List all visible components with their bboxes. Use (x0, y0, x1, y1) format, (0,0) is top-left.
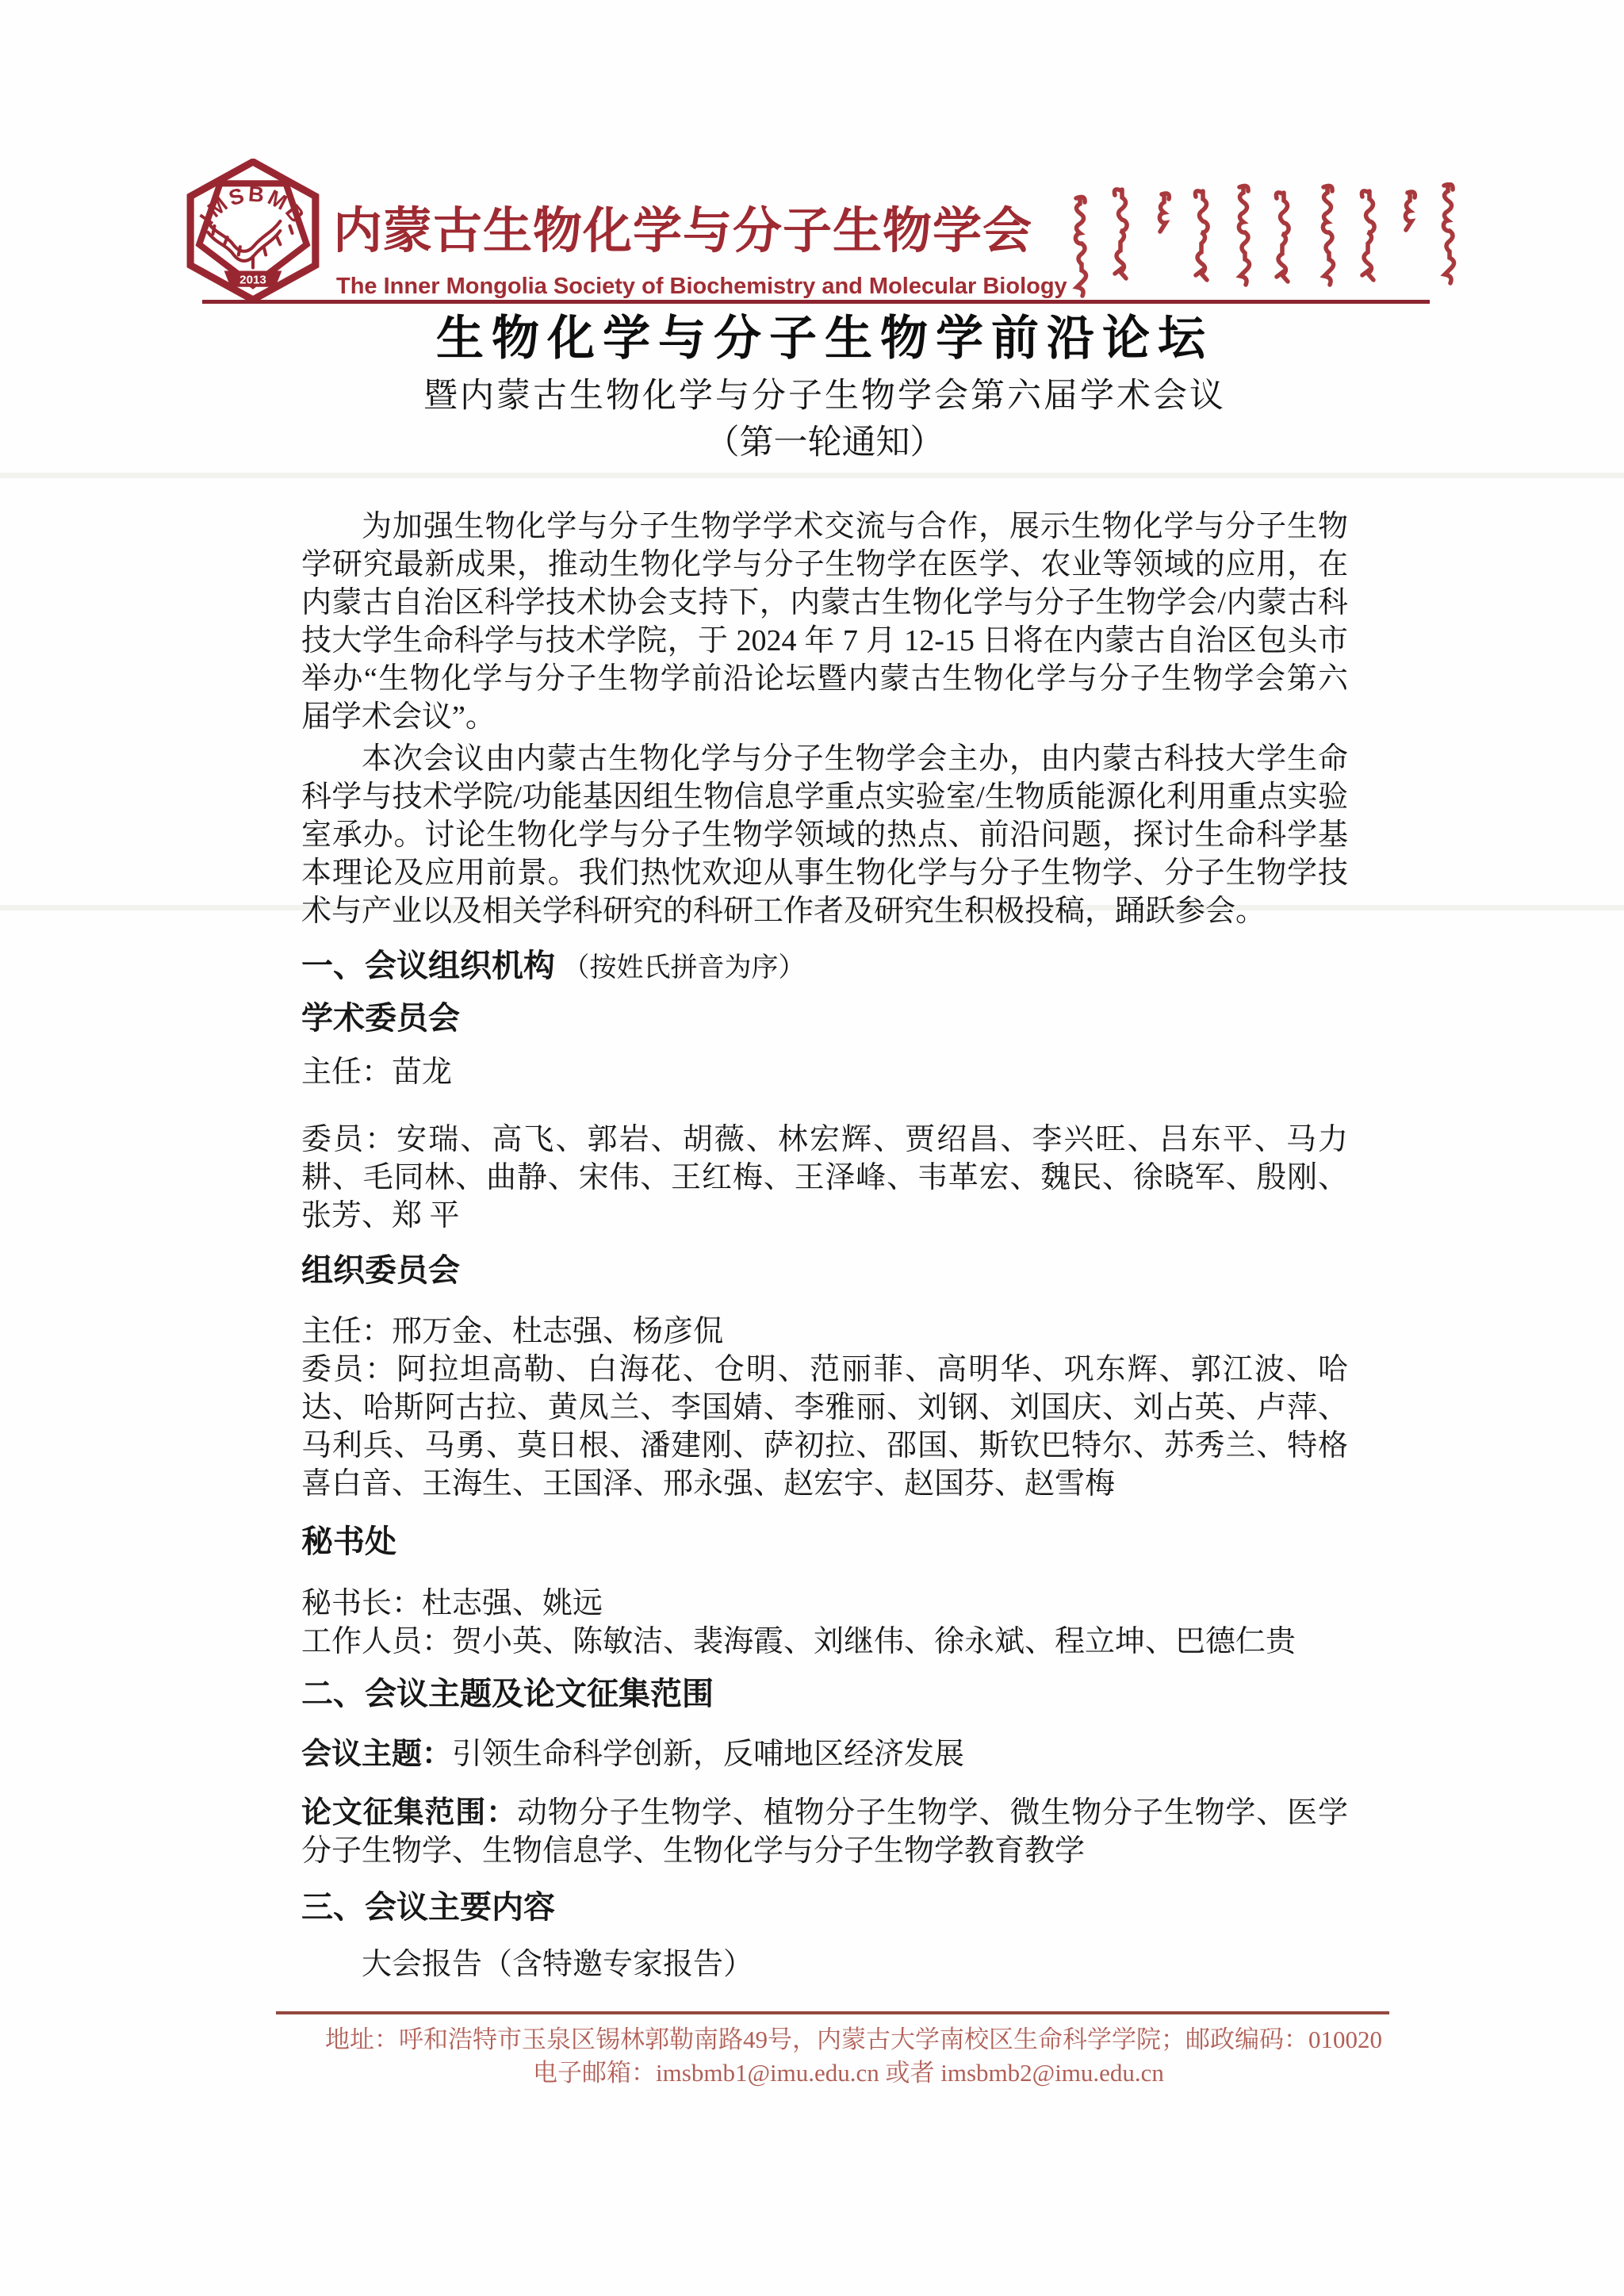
footer-rule (276, 2011, 1389, 2014)
header-rule (202, 300, 1430, 304)
organizing-committee-members-line: 马利兵、马勇、莫日根、潘建刚、萨初拉、邵国、斯钦巴特尔、苏秀兰、特格 (301, 1427, 1348, 1465)
intro-paragraph1-line: 为加强生物化学与分子生物学学术交流与合作，展示生物化学与分子生物 (301, 508, 1348, 546)
organizing-committee-members-line: 喜白音、王海生、王国泽、邢永强、赵宏宇、赵国芬、赵雪梅 (301, 1465, 1348, 1503)
section1-heading: 一、会议组织机构 （按姓氏拼音为序） (301, 947, 1348, 985)
intro-paragraph1-line: 内蒙古自治区科学技术协会支持下，内蒙古生物化学与分子生物学会/内蒙古科 (301, 584, 1348, 622)
footer-email: 电子邮箱：imsbmb1@imu.edu.cn 或者 imsbmb2@imu.e… (325, 2057, 1372, 2089)
organizing-committee-members-line: 达、哈斯阿古拉、黄凤兰、李国婧、李雅丽、刘钢、刘国庆、刘占英、卢萍、 (301, 1389, 1348, 1427)
notice-round-label: （第一轮通知） (301, 421, 1348, 466)
scope-label: 论文征集范围： (301, 1796, 517, 1830)
secretariat-title: 秘书处 (301, 1523, 1348, 1561)
section3-heading: 三、会议主要内容 (301, 1888, 1348, 1926)
organizing-committee-members-line: 委员：阿拉坦高勒、白海花、仓明、范丽菲、高明华、巩东辉、郭江波、哈 (301, 1351, 1348, 1389)
section2-heading: 二、会议主题及论文征集范围 (301, 1675, 1348, 1713)
secretariat-secretary-line: 秘书长：杜志强、姚远 (301, 1585, 1348, 1623)
footer-address: 地址：呼和浩特市玉泉区锡林郭勒南路49号，内蒙古大学南校区生命科学学院；邮政编码… (325, 2024, 1372, 2056)
academic-committee-members-line: 委员：安瑞、高飞、郭岩、胡薇、林宏辉、贾绍昌、李兴旺、吕东平、马力 (301, 1121, 1348, 1159)
page-title: 生物化学与分子生物学前沿论坛 (301, 311, 1348, 366)
section1-heading-text: 一、会议组织机构 (301, 949, 555, 983)
logo-year: 2013 (239, 274, 266, 287)
secretariat-staff-line: 工作人员：贺小英、陈敏洁、裴海霞、刘继伟、徐永斌、程立坤、巴德仁贵 (301, 1623, 1348, 1661)
document-page: IMSBMB 2013 内蒙古生物化学与分子生物学会 The Inner Mon… (0, 0, 1624, 2296)
intro-paragraph2-line: 本理论及应用前景。我们热忱欢迎从事生物化学与分子生物学、分子生物学技 (301, 854, 1348, 892)
intro-paragraph2-line: 室承办。讨论生物化学与分子生物学领域的热点、前沿问题，探讨生命科学基 (301, 816, 1348, 854)
academic-committee-members-line: 耕、毛同林、曲静、宋伟、王红梅、王泽峰、韦革宏、魏民、徐晓军、殷刚、 (301, 1159, 1348, 1197)
academic-committee-members-line: 张芳、郑 平 (301, 1197, 1348, 1235)
intro-paragraph2-line: 本次会议由内蒙古生物化学与分子生物学会主办，由内蒙古科技大学生命 (301, 740, 1348, 778)
society-name-cn: 内蒙古生物化学与分子生物学会 (333, 201, 1071, 262)
scan-artifact-band (0, 473, 1624, 478)
intro-paragraph1-line: 举办“生物化学与分子生物学前沿论坛暨内蒙古生物化学与分子生物学会第六 (301, 660, 1348, 698)
intro-paragraph2-line: 术与产业以及相关学科研究的科研工作者及研究生积极投稿，踊跃参会。 (301, 892, 1348, 930)
intro-paragraph1-line: 技大学生命科学与技术学院，于 2024 年 7 月 12-15 日将在内蒙古自治… (301, 622, 1348, 660)
intro-paragraph1-line: 学研究最新成果，推动生物化学与分子生物学在医学、农业等领域的应用，在 (301, 546, 1348, 584)
society-name-en: The Inner Mongolia Society of Biochemist… (336, 273, 1097, 300)
section1-heading-note: （按姓氏拼音为序） (563, 953, 806, 983)
theme-text: 引领生命科学创新，反哺地区经济发展 (452, 1738, 964, 1771)
organizing-committee-title: 组织委员会 (301, 1251, 1348, 1290)
theme-label: 会议主题： (301, 1738, 452, 1771)
conference-theme-line: 会议主题：引领生命科学创新，反哺地区经济发展 (301, 1735, 1348, 1773)
organizing-committee-director: 主任：邢万金、杜志强、杨彦侃 (301, 1313, 1348, 1351)
section3-item: 大会报告（含特邀专家报告） (301, 1945, 1348, 1984)
academic-committee-title: 学术委员会 (301, 999, 1348, 1037)
mongolian-script-icon (1067, 182, 1467, 303)
imsbmb-logo-icon: IMSBMB 2013 (181, 159, 325, 303)
scope-text: 动物分子生物学、植物分子生物学、微生物分子生物学、医学 (517, 1796, 1348, 1830)
academic-committee-director: 主任：苗龙 (301, 1053, 1348, 1091)
paper-scope-line: 论文征集范围：动物分子生物学、植物分子生物学、微生物分子生物学、医学 (301, 1794, 1348, 1832)
imsbmb-logo: IMSBMB 2013 (181, 159, 325, 303)
page-subtitle: 暨内蒙古生物化学与分子生物学会第六届学术会议 (301, 374, 1348, 419)
paper-scope-line: 分子生物学、生物信息学、生物化学与分子生物学教育教学 (301, 1832, 1348, 1870)
intro-paragraph2-line: 科学与技术学院/功能基因组生物信息学重点实验室/生物质能源化利用重点实验 (301, 778, 1348, 816)
intro-paragraph1-line: 届学术会议”。 (301, 698, 1348, 736)
